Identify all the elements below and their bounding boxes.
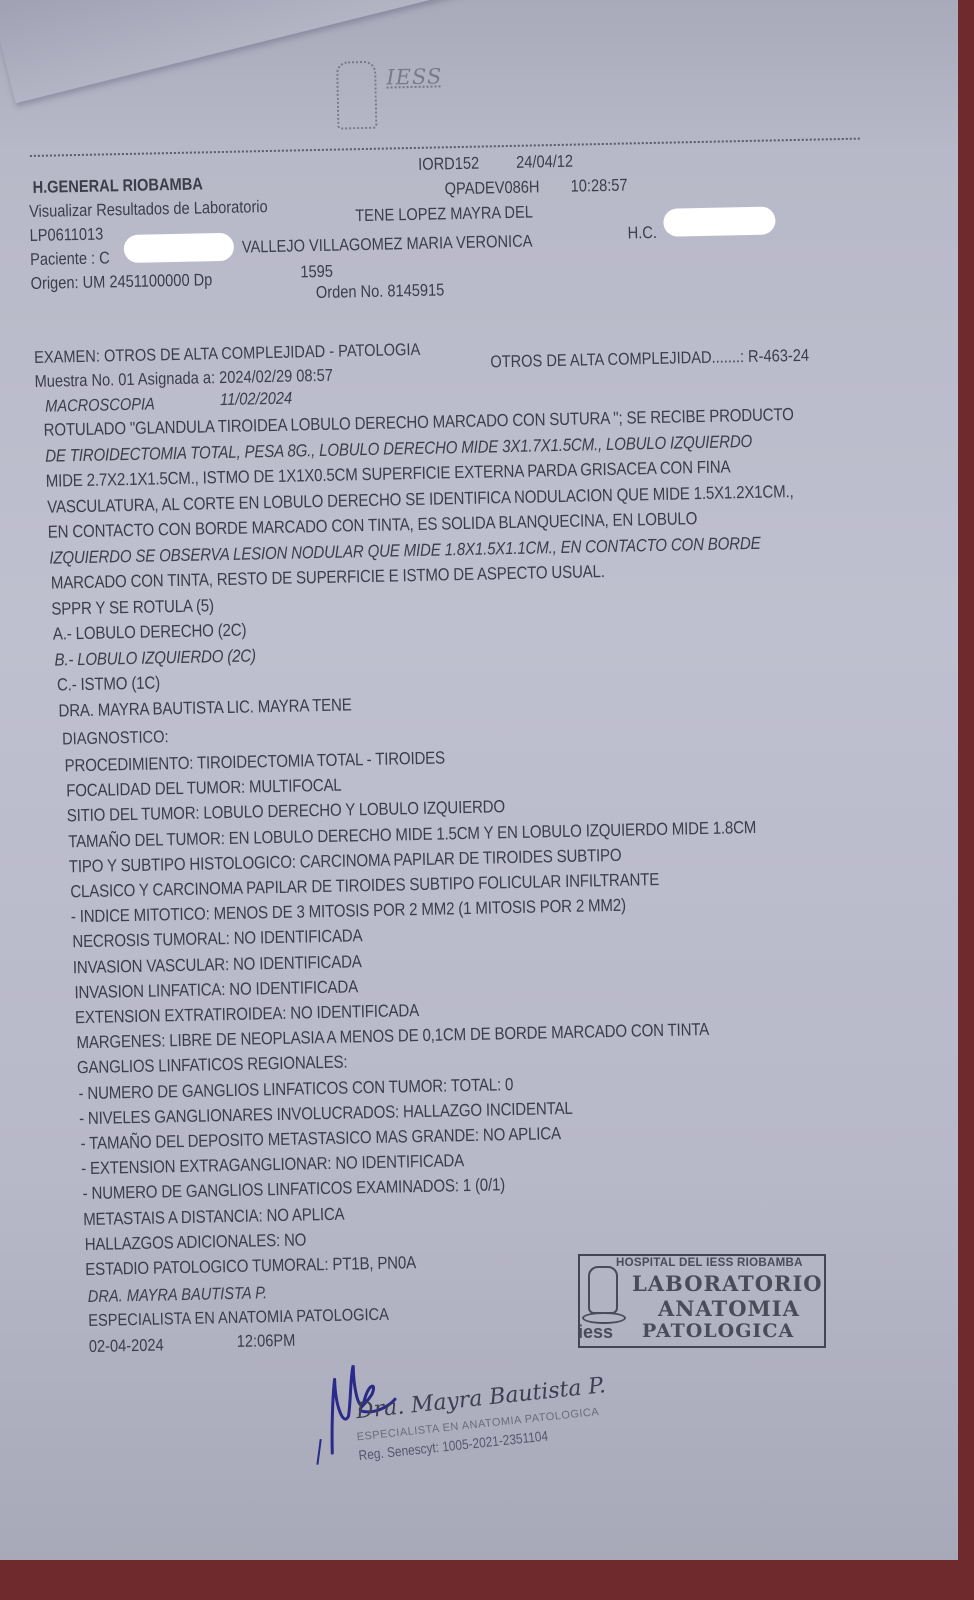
diagnosis-line: INVASION VASCULAR: NO IDENTIFICADA xyxy=(73,951,362,977)
diagnosis-line: PROCEDIMIENTO: TIROIDECTOMIA TOTAL - TIR… xyxy=(64,747,445,775)
table-surface xyxy=(430,1562,974,1600)
diagnosis-line: FOCALIDAD DEL TUMOR: MULTIFOCAL xyxy=(66,775,342,801)
stamp-brand: iess xyxy=(578,1322,613,1343)
hospital-name: H.GENERAL RIOBAMBA xyxy=(32,174,203,198)
hand-logo-icon xyxy=(588,1266,618,1314)
doctor-specialty: ESPECIALISTA EN ANATOMIA PATOLOGICA xyxy=(88,1305,389,1331)
patient-name: VALLEJO VILLAGOMEZ MARIA VERONICA xyxy=(242,231,533,257)
test-code: OTROS DE ALTA COMPLEJIDAD.......: R-463-… xyxy=(490,346,809,373)
terminal-id: QPADEV086H xyxy=(444,177,539,199)
print-date: 24/04/12 xyxy=(516,152,573,173)
patient-label: Paciente : C xyxy=(30,248,110,270)
stamp-line-1: LABORATORIO xyxy=(632,1271,823,1296)
redacted-history-number xyxy=(663,206,776,236)
diagnosis-line: INVASION LINFATICA: NO IDENTIFICADA xyxy=(74,976,358,1002)
lab-report: IESS H.GENERAL RIOBAMBA IORD152 24/04/12… xyxy=(0,0,974,1560)
diagnosis-line: GANGLIOS LINFATICOS REGIONALES: xyxy=(77,1052,348,1078)
diagnosis-line: ESTADIO PATOLOGICO TUMORAL: PT1B, PN0A xyxy=(85,1252,416,1279)
macroscopy-line: C.- ISTMO (1C) xyxy=(56,672,159,694)
stamp-line-3: PATOLOGICA xyxy=(642,1320,794,1342)
hc-label: H.C. xyxy=(627,223,657,244)
macroscopy-line: SPPR Y SE ROTULA (5) xyxy=(51,595,214,618)
laboratory-stamp: HOSPITAL DEL IESS RIOBAMBA LABORATORIO A… xyxy=(578,1254,826,1348)
stamp-line-2: ANATOMIA xyxy=(658,1296,800,1321)
doctor-name: DRA. MAYRA BAUTISTA P. xyxy=(88,1283,268,1307)
macroscopy-date: 11/02/2024 xyxy=(220,389,292,411)
diagnosis-line: EXTENSION EXTRATIROIDEA: NO IDENTIFICADA xyxy=(75,1000,419,1027)
diagnosis-line: SITIO DEL TUMOR: LOBULO DERECHO Y LOBULO… xyxy=(67,797,506,826)
macroscopy-text: ROTULADO "GLANDULA TIROIDEA LOBULO DEREC… xyxy=(0,0,954,1)
diagnosis-line: NECROSIS TUMORAL: NO IDENTIFICADA xyxy=(72,926,362,952)
diagnosis-label: DIAGNOSTICO: xyxy=(62,727,169,749)
logo-wordmark: IESS xyxy=(386,65,442,88)
module-title: Visualizar Resultados de Laboratorio xyxy=(29,197,268,222)
macroscopy-label: MACROSCOPIA xyxy=(45,394,155,416)
diagnosis-line: - NUMERO DE GANGLIOS LINFATICOS EXAMINAD… xyxy=(82,1175,505,1204)
macroscopy-line: A.- LOBULO DERECHO (2C) xyxy=(53,620,247,644)
paper-sheet: IESS H.GENERAL RIOBAMBA IORD152 24/04/12… xyxy=(0,0,958,1560)
macroscopy-line: MARCADO CON TINTA, RESTO DE SUPERFICIE E… xyxy=(50,561,604,593)
logo-mark-icon xyxy=(336,61,377,130)
macroscopy-line: B.- LOBULO IZQUIERDO (2C) xyxy=(55,645,257,669)
diagnosis-line: - NUMERO DE GANGLIOS LINFATICOS CON TUMO… xyxy=(78,1074,513,1103)
order-number: Orden No. 8145915 xyxy=(316,280,445,303)
redacted-patient-id xyxy=(124,233,235,263)
requester-name: TENE LOPEZ MAYRA DEL xyxy=(355,202,533,226)
diagnosis-line: METASTAIS A DISTANCIA: NO APLICA xyxy=(83,1203,345,1228)
report-date: 02-04-2024 xyxy=(89,1335,164,1357)
origin: Origen: UM 2451100000 Dp xyxy=(30,270,212,294)
stamp-hospital: HOSPITAL DEL IESS RIOBAMBA xyxy=(616,1257,803,1269)
diagnosis-line: - INDICE MITOTICO: MENOS DE 3 MITOSIS PO… xyxy=(71,895,626,927)
record-id: LP0611013 xyxy=(29,224,103,246)
diagnosis-line: - EXTENSION EXTRAGANGLIONAR: NO IDENTIFI… xyxy=(81,1150,464,1178)
diagnosis-line: HALLAZGOS ADICIONALES: NO xyxy=(84,1229,306,1254)
system-code: IORD152 xyxy=(418,154,479,175)
origin-code: 1595 xyxy=(300,262,333,283)
exam-title: EXAMEN: OTROS DE ALTA COMPLEJIDAD - PATO… xyxy=(34,340,421,368)
macroscopy-line: DRA. MAYRA BAUTISTA LIC. MAYRA TENE xyxy=(58,694,351,720)
report-time: 12:06PM xyxy=(237,1331,296,1352)
diagnosis-line: - TAMAÑO DEL DEPOSITO METASTASICO MAS GR… xyxy=(80,1123,561,1153)
iess-logo-icon: IESS xyxy=(336,55,537,129)
print-time: 10:28:57 xyxy=(570,175,627,196)
diagnosis-text: PROCEDIMIENTO: TIROIDECTOMIA TOTAL - TIR… xyxy=(0,0,954,1)
